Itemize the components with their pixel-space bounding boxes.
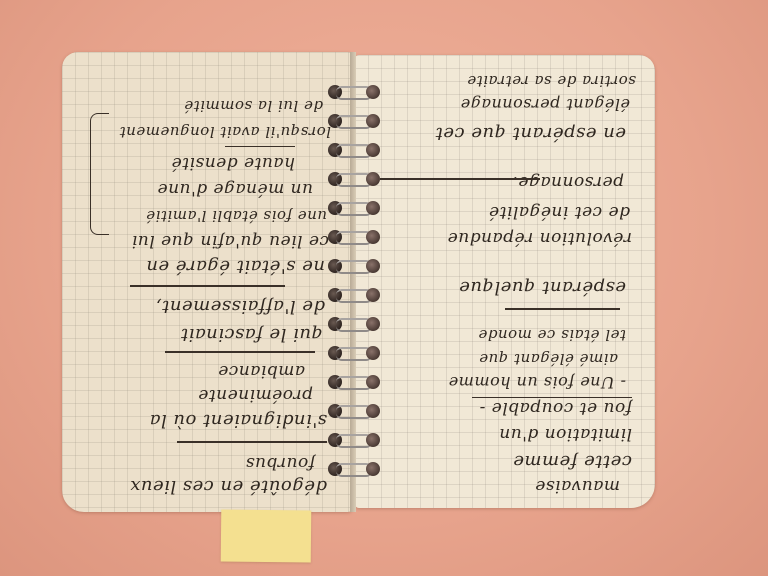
handwritten-line: fou et coupable - xyxy=(479,398,632,418)
bracket-stroke xyxy=(90,113,109,235)
left-page-handwriting: dégoûté en ces lieux fourbus s'indignaie… xyxy=(75,65,335,505)
handwritten-line: tel étais ce monde xyxy=(478,326,626,344)
handwritten-line: de l'affaissement, xyxy=(155,296,325,317)
handwritten-line: de cet inégalité xyxy=(489,202,630,222)
handwritten-line: lorsqu'il avait longuement xyxy=(119,123,331,141)
handwritten-line: révolution répandue xyxy=(447,228,632,248)
sticky-note-tab xyxy=(221,510,312,563)
handwritten-line: de lui la sommité xyxy=(184,97,323,115)
divider-stroke xyxy=(177,441,327,443)
divider-stroke xyxy=(472,397,632,398)
handwritten-line: dégoûté en ces lieux xyxy=(130,476,327,497)
divider-stroke xyxy=(225,146,295,147)
divider-stroke xyxy=(165,351,315,353)
handwritten-line: un ménage d'une xyxy=(157,179,313,199)
handwritten-line: en espérant que cet xyxy=(435,123,626,144)
handwritten-line: limitation d'un xyxy=(499,424,632,444)
handwritten-line: sortira de sa retraite xyxy=(467,72,636,90)
handwritten-line: ambiance xyxy=(218,361,305,381)
divider-stroke xyxy=(505,308,620,310)
divider-stroke xyxy=(380,178,540,180)
handwritten-line: ne s'était égaré en xyxy=(146,256,325,277)
handwritten-line: qui le fascinait xyxy=(180,324,323,345)
right-page-handwriting: mauvaise cette femme limitation d'un fou… xyxy=(380,62,640,502)
handwritten-line: élégant personnage xyxy=(460,95,630,114)
handwritten-line: cette femme xyxy=(513,451,632,472)
handwritten-line: fourbus xyxy=(245,453,315,473)
handwritten-line: s'indignaient où la xyxy=(149,410,327,431)
handwritten-line: proéminente xyxy=(198,385,313,405)
handwritten-line: une fois établi l'amitié xyxy=(146,207,327,225)
handwritten-line: ce lieu qu'afin que lui xyxy=(131,231,329,251)
handwritten-line: espérant quelque xyxy=(459,277,626,298)
handwritten-line: mauvaise xyxy=(535,476,620,496)
divider-stroke xyxy=(130,285,285,287)
handwritten-line: - Une fois un homme xyxy=(448,373,626,392)
handwritten-line: personnage. xyxy=(512,172,624,192)
handwritten-line: haute densité xyxy=(171,153,295,173)
handwritten-line: aimé élégant que xyxy=(479,350,618,368)
